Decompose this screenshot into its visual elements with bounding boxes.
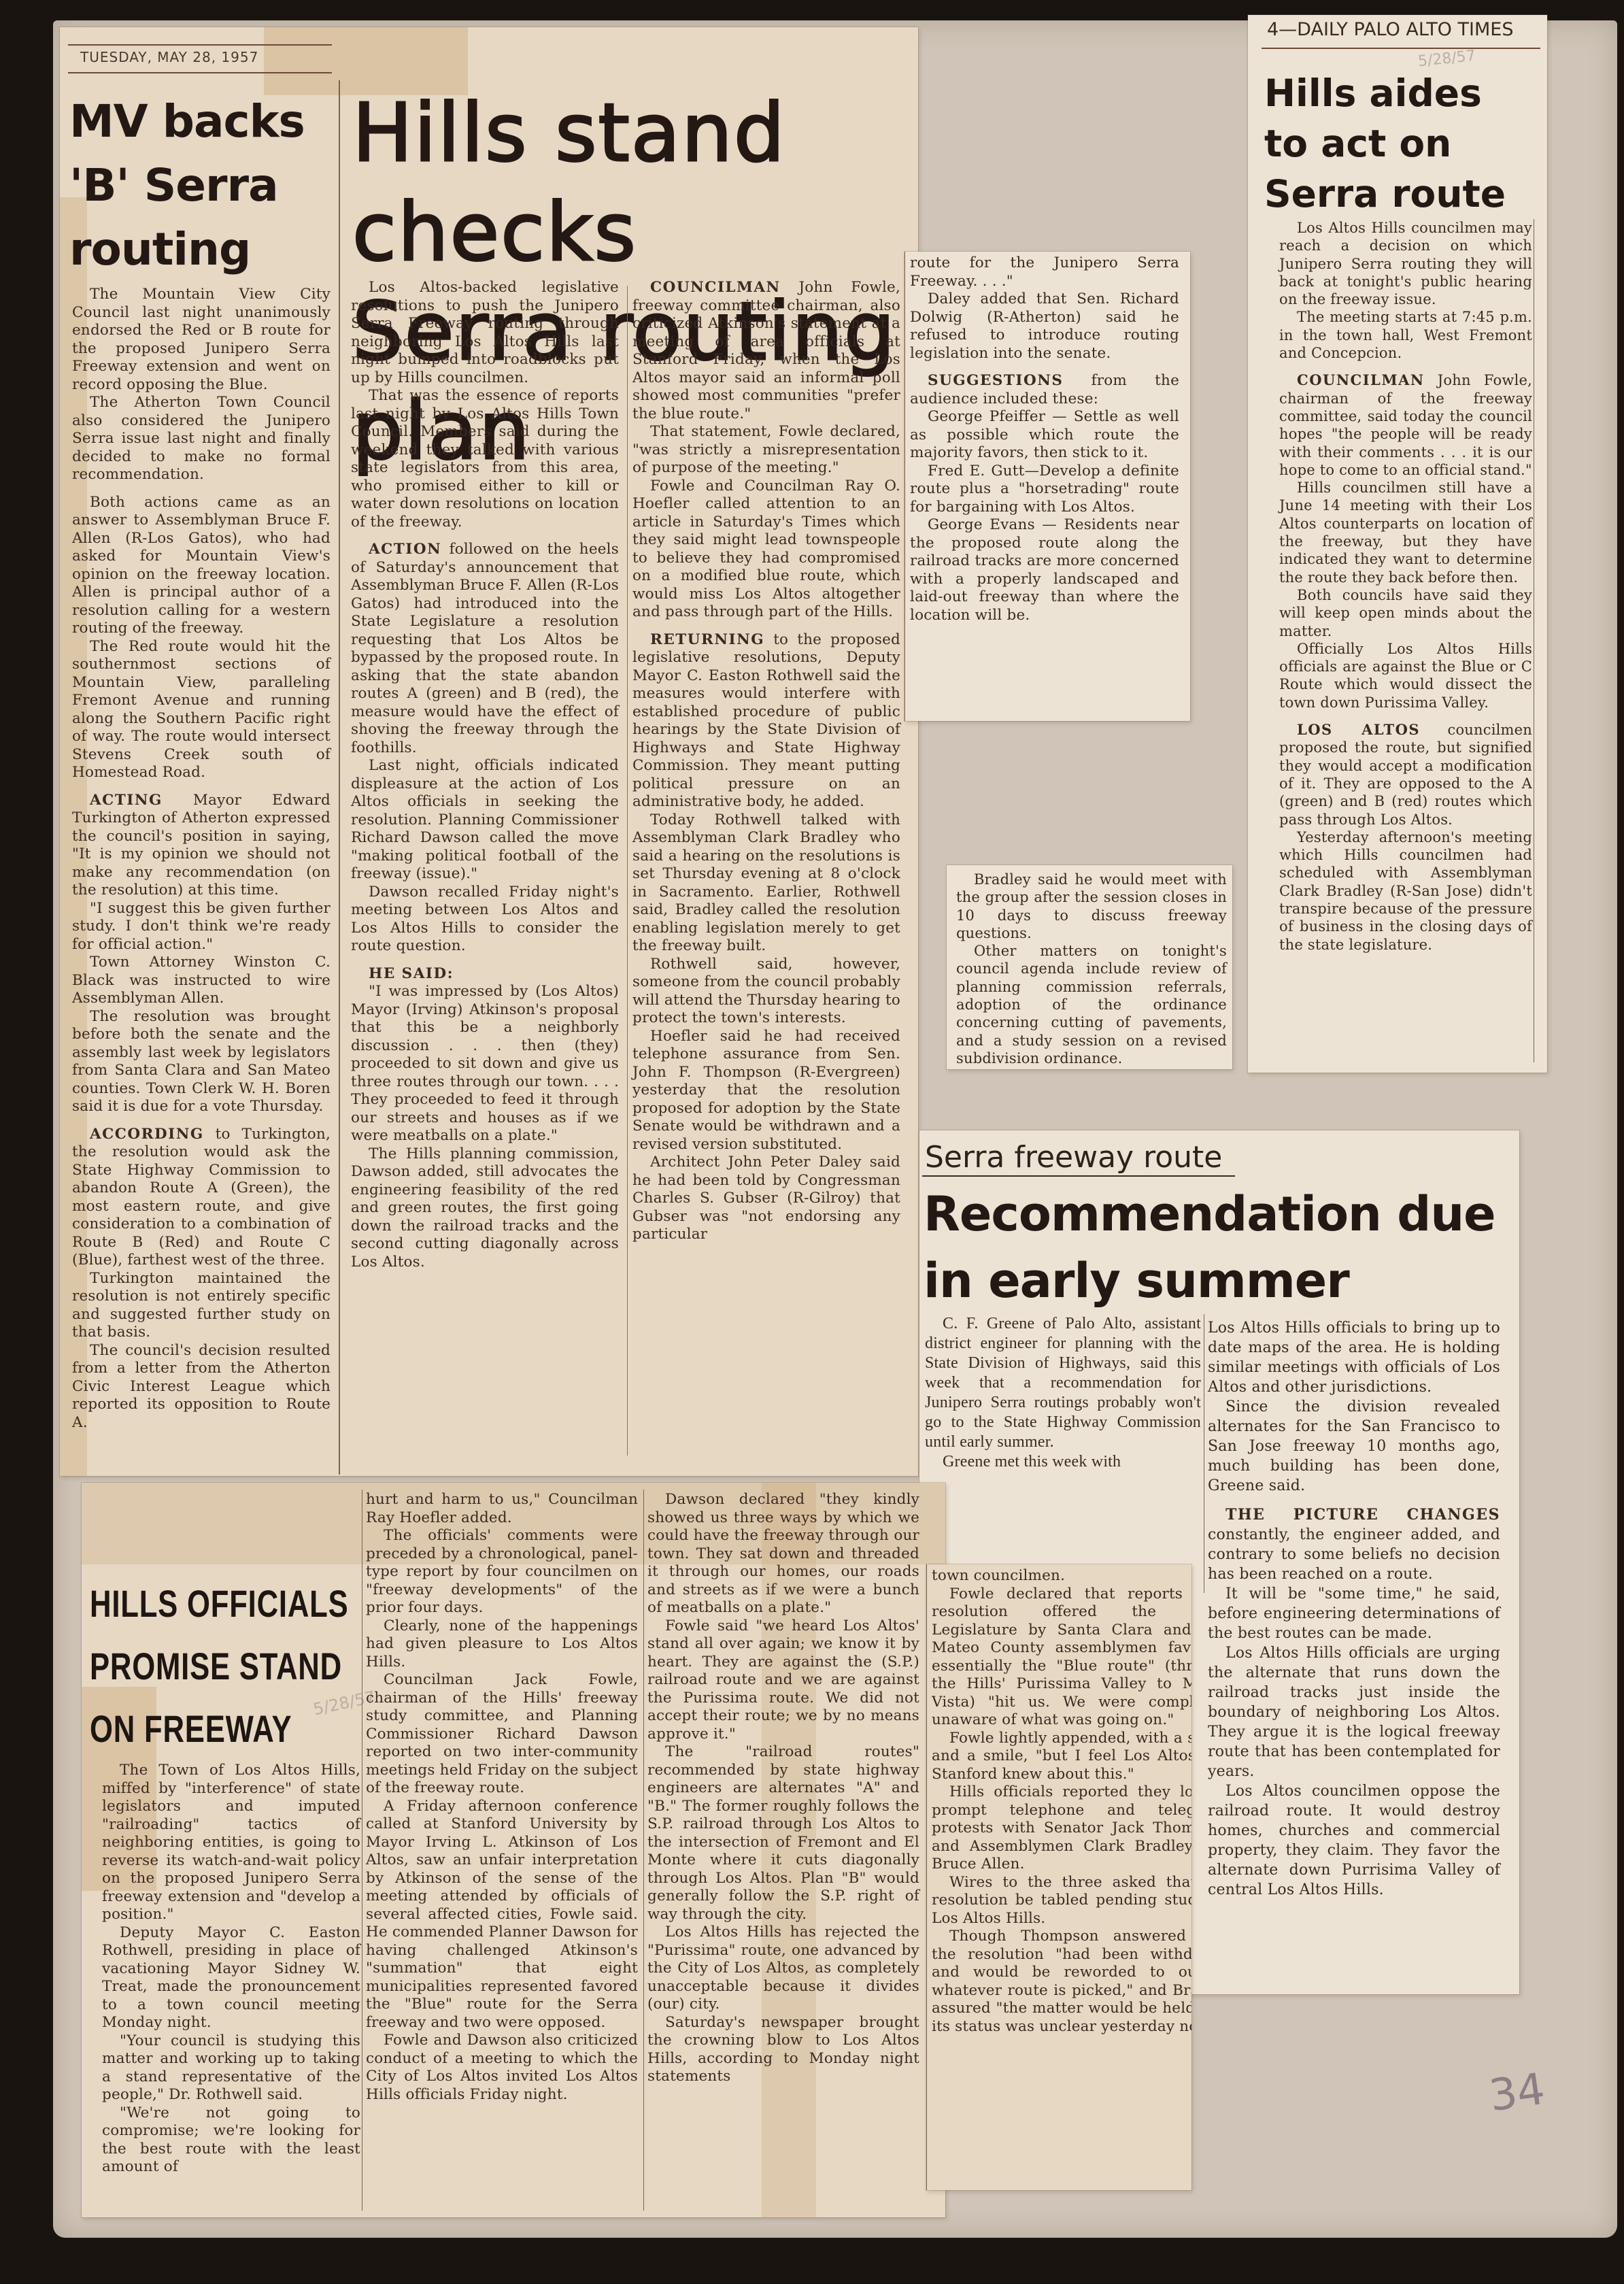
paragraph: Rothwell said, however, someone from the… xyxy=(632,956,900,1028)
paragraph: Bradley said he would meet with the grou… xyxy=(956,871,1227,942)
column-rule xyxy=(1204,1314,1204,1593)
paragraph: Dawson declared "they kindly showed us t… xyxy=(647,1491,919,1617)
paragraph: The resolution was brought before both t… xyxy=(72,1008,331,1116)
paragraph: Fowle and Councilman Ray O. Hoefler call… xyxy=(632,477,900,622)
paragraph: The meeting starts at 7:45 p.m. in the t… xyxy=(1279,308,1532,362)
paragraph: Yesterday afternoon's meeting which Hill… xyxy=(1279,828,1532,954)
paragraph: A Friday afternoon conference called at … xyxy=(366,1798,638,2032)
paragraph-lead-in: SUGGESTIONS xyxy=(928,372,1063,389)
paragraph: "I suggest this be given further study. … xyxy=(72,900,331,954)
paragraph-text: constantly, the engineer added, and cont… xyxy=(1208,1526,1500,1583)
paragraph: The Mountain View City Council last nigh… xyxy=(72,286,331,394)
paragraph: Los Altos Hills has rejected the "Puriss… xyxy=(647,1924,919,2014)
masthead-rule xyxy=(1262,48,1540,49)
paragraph-lead-in: ACCORDING xyxy=(90,1126,204,1143)
paragraph: Los Altos Hills councilmen may reach a d… xyxy=(1279,219,1532,308)
paragraph: Hills officials reported they lodged pro… xyxy=(932,1783,1191,1874)
paragraph-lead-in: COUNCILMAN xyxy=(1297,371,1425,388)
story-col2: hurt and harm to us," Councilman Ray Hoe… xyxy=(366,1491,638,2104)
masthead: 4—DAILY PALO ALTO TIMES xyxy=(1267,19,1513,40)
paragraph: Officially Los Altos Hills officials are… xyxy=(1279,640,1532,711)
column-rule xyxy=(362,1490,362,2211)
paragraph: Town Attorney Winston C. Black was instr… xyxy=(72,954,331,1008)
side-headline: MV backs 'B' Serra routing xyxy=(69,90,305,282)
clipping-hills-officials-promise-stand-cont: town councilmen.Fowle declared that repo… xyxy=(926,1564,1191,2190)
paragraph: THE PICTURE CHANGES constantly, the engi… xyxy=(1208,1505,1500,1584)
paragraph: Fowle and Dawson also criticized conduct… xyxy=(366,2032,638,2104)
paragraph: Last night, officials indicated displeas… xyxy=(351,757,619,884)
paragraph: Hoefler said he had received telephone a… xyxy=(632,1028,900,1154)
paragraph: SUGGESTIONS from the audience included t… xyxy=(910,372,1179,408)
paragraph: "We're not going to compromise; we're lo… xyxy=(102,2104,360,2177)
paragraph-lead-in: THE PICTURE CHANGES xyxy=(1225,1506,1500,1524)
paragraph: Los Altos Hills officials to bring up to… xyxy=(1208,1318,1500,1397)
paragraph: ACTION followed on the heels of Saturday… xyxy=(351,541,619,757)
dateline: TUESDAY, MAY 28, 1957 xyxy=(80,49,258,65)
headline: Recommendation due in early summer xyxy=(924,1181,1495,1314)
column-rule xyxy=(627,286,628,1456)
paragraph: The Atherton Town Council also considere… xyxy=(72,394,331,484)
story-continued: Bradley said he would meet with the grou… xyxy=(956,871,1227,1067)
clipping-hills-officials-promise-stand: HILLS OFFICIALS PROMISE STAND ON FREEWAY… xyxy=(82,1483,945,2217)
main-story-col1: Los Altos-backed legislative resolutions… xyxy=(351,279,619,1271)
clipping-hills-stand-checks: TUESDAY, MAY 28, 1957 MV backs 'B' Serra… xyxy=(60,27,918,1476)
paragraph: George Pfeiffer — Settle as well as poss… xyxy=(910,408,1179,463)
column-rule xyxy=(904,252,905,721)
paragraph-text: followed on the heels of Saturday's anno… xyxy=(351,541,619,756)
dateline-rule-bottom xyxy=(68,72,332,73)
paragraph: ACTING Mayor Edward Turkington of Athert… xyxy=(72,792,331,900)
paragraph: COUNCILMAN John Fowle, freeway committee… xyxy=(632,279,900,423)
paragraph: The Hills planning commission, Dawson ad… xyxy=(351,1145,619,1272)
paragraph: Both councils have said they will keep o… xyxy=(1279,586,1532,640)
paragraph: Though Thompson answered that the resolu… xyxy=(932,1928,1191,2036)
paragraph: The council's decision resulted from a l… xyxy=(72,1342,331,1432)
column-rule xyxy=(643,1490,644,2211)
paragraph: Fowle declared that reports of a resolut… xyxy=(932,1585,1191,1730)
paragraph: route for the Junipero Serra Freeway. . … xyxy=(910,254,1179,290)
paragraph: "I was impressed by (Los Altos) Mayor (I… xyxy=(351,983,619,1145)
paragraph-text: to the proposed legislative resolutions,… xyxy=(632,631,900,811)
paragraph: Councilman Jack Fowle, chairman of the H… xyxy=(366,1671,638,1798)
paragraph-lead-in: LOS ALTOS xyxy=(1297,721,1420,738)
paragraph: Deputy Mayor C. Easton Rothwell, presidi… xyxy=(102,1924,360,2032)
dateline-rule-top xyxy=(68,44,332,46)
paragraph: Both actions came as an answer to Assemb… xyxy=(72,494,331,638)
paragraph: George Evans — Residents near the propos… xyxy=(910,516,1179,624)
story-col1: The Town of Los Altos Hills, miffed by "… xyxy=(102,1762,360,2177)
headline: HILLS OFFICIALS PROMISE STAND ON FREEWAY xyxy=(90,1573,349,1760)
paragraph-text: to Turkington, the resolution would ask … xyxy=(72,1126,331,1269)
paragraph: Wires to the three asked that the resolu… xyxy=(932,1874,1191,1928)
paragraph: The Red route would hit the southernmost… xyxy=(72,638,331,782)
column-rule xyxy=(339,80,340,1475)
paragraph: "Your council is studying this matter an… xyxy=(102,2032,360,2104)
paragraph: ACCORDING to Turkington, the resolution … xyxy=(72,1126,331,1270)
paragraph: C. F. Greene of Palo Alto, assistant dis… xyxy=(925,1314,1201,1452)
paragraph: LOS ALTOS councilmen proposed the route,… xyxy=(1279,721,1532,828)
paragraph-lead-in: ACTION xyxy=(369,541,441,558)
kicker: Serra freeway route xyxy=(925,1140,1222,1175)
story-col4: town councilmen.Fowle declared that repo… xyxy=(932,1567,1191,2036)
paragraph: Greene met this week with xyxy=(925,1452,1201,1472)
headline: Hills aides to act on Serra route xyxy=(1264,68,1506,219)
paragraph: Clearly, none of the happenings had give… xyxy=(366,1617,638,1672)
main-story-col3: route for the Junipero Serra Freeway. . … xyxy=(910,254,1179,624)
paragraph-lead-in: COUNCILMAN xyxy=(650,279,781,296)
paragraph: Hills councilmen still have a June 14 me… xyxy=(1279,479,1532,586)
paragraph: Fred E. Gutt—Develop a definite route pl… xyxy=(910,463,1179,517)
handwritten-page-number: 34 xyxy=(1486,2064,1548,2122)
paragraph: Los Altos-backed legislative resolutions… xyxy=(351,279,619,387)
clipping-hills-stand-checks-cont: route for the Junipero Serra Freeway. . … xyxy=(904,252,1190,721)
paragraph: HE SAID: xyxy=(351,965,619,984)
paragraph: hurt and harm to us," Councilman Ray Hoe… xyxy=(366,1491,638,1527)
paragraph: The Town of Los Altos Hills, miffed by "… xyxy=(102,1762,360,1924)
paragraph: The officials' comments were preceded by… xyxy=(366,1527,638,1617)
pencil-date-note: 5/28/57 xyxy=(1417,48,1476,71)
paragraph: That was the essence of reports last nig… xyxy=(351,387,619,531)
kicker-rule xyxy=(922,1175,1235,1177)
paragraph: town councilmen. xyxy=(932,1567,1191,1585)
column-rule xyxy=(926,1564,927,2190)
paragraph: Fowle lightly appended, with a shrug and… xyxy=(932,1730,1191,1784)
clipping-hills-aides: 4—DAILY PALO ALTO TIMES 5/28/57 Hills ai… xyxy=(1248,15,1547,1073)
story: Los Altos Hills councilmen may reach a d… xyxy=(1279,219,1532,954)
paragraph: Dawson recalled Friday night's meeting b… xyxy=(351,884,619,956)
paragraph: Architect John Peter Daley said he had b… xyxy=(632,1154,900,1244)
paragraph: That statement, Fowle declared, "was str… xyxy=(632,423,900,477)
story-col2: Los Altos Hills officials to bring up to… xyxy=(1208,1318,1500,1900)
paragraph-lead-in: ACTING xyxy=(90,792,163,809)
clipping-hills-aides-continued: Bradley said he would meet with the grou… xyxy=(947,865,1232,1069)
paragraph: RETURNING to the proposed legislative re… xyxy=(632,631,900,811)
paragraph-lead-in: RETURNING xyxy=(650,631,764,648)
paragraph: COUNCILMAN John Fowle, chairman of the f… xyxy=(1279,371,1532,479)
paragraph-lead-in: HE SAID: xyxy=(369,965,454,982)
side-story: The Mountain View City Council last nigh… xyxy=(72,286,331,1432)
paragraph: It will be "some time," he said, before … xyxy=(1208,1584,1500,1643)
column-rule xyxy=(1534,219,1534,1062)
paragraph: Since the division revealed alternates f… xyxy=(1208,1397,1500,1496)
paragraph: Saturday's newspaper brought the crownin… xyxy=(647,2014,919,2086)
story-col3: Dawson declared "they kindly showed us t… xyxy=(647,1491,919,2086)
story-col1: C. F. Greene of Palo Alto, assistant dis… xyxy=(925,1314,1201,1472)
main-story-col2: COUNCILMAN John Fowle, freeway committee… xyxy=(632,279,900,1244)
paragraph: Turkington maintained the resolution is … xyxy=(72,1270,331,1342)
paragraph: Daley added that Sen. Richard Dolwig (R-… xyxy=(910,290,1179,363)
paragraph: Other matters on tonight's council agend… xyxy=(956,942,1227,1067)
paragraph: Los Altos Hills officials are urging the… xyxy=(1208,1643,1500,1781)
paragraph: Today Rothwell talked with Assemblyman C… xyxy=(632,811,900,956)
paragraph-text: John Fowle, freeway committee chairman, … xyxy=(632,279,900,422)
paragraph: The "railroad routes" recommended by sta… xyxy=(647,1743,919,1924)
paragraph: Los Altos councilmen oppose the railroad… xyxy=(1208,1781,1500,1900)
paragraph: Fowle said "we heard Los Altos' stand al… xyxy=(647,1617,919,1744)
